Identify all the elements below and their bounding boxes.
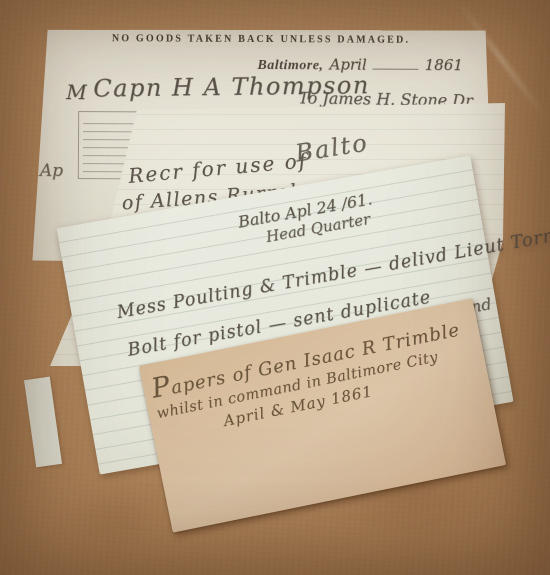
marginalia-handwritten: Ap	[40, 161, 63, 181]
receipt-line-1: Recr for use of	[127, 148, 309, 188]
date-blank-line	[373, 59, 419, 70]
torn-paper-sliver	[24, 377, 62, 468]
note-heading: Head Quarter	[265, 210, 372, 246]
addressee-prefix-handwritten: M	[66, 80, 87, 104]
note-dateline: Balto Apl 24 /61.	[237, 189, 374, 231]
note-line-1: Mess Poulting & Trimble — delivd Lieut T…	[115, 222, 550, 323]
balto-flourish-handwritten: Balto	[293, 128, 370, 167]
photo-scene: NO GOODS TAKEN BACK UNLESS DAMAGED. Balt…	[0, 0, 550, 575]
printed-notice-text: NO GOODS TAKEN BACK UNLESS DAMAGED.	[34, 33, 489, 46]
year-handwritten: 1861	[425, 56, 463, 74]
